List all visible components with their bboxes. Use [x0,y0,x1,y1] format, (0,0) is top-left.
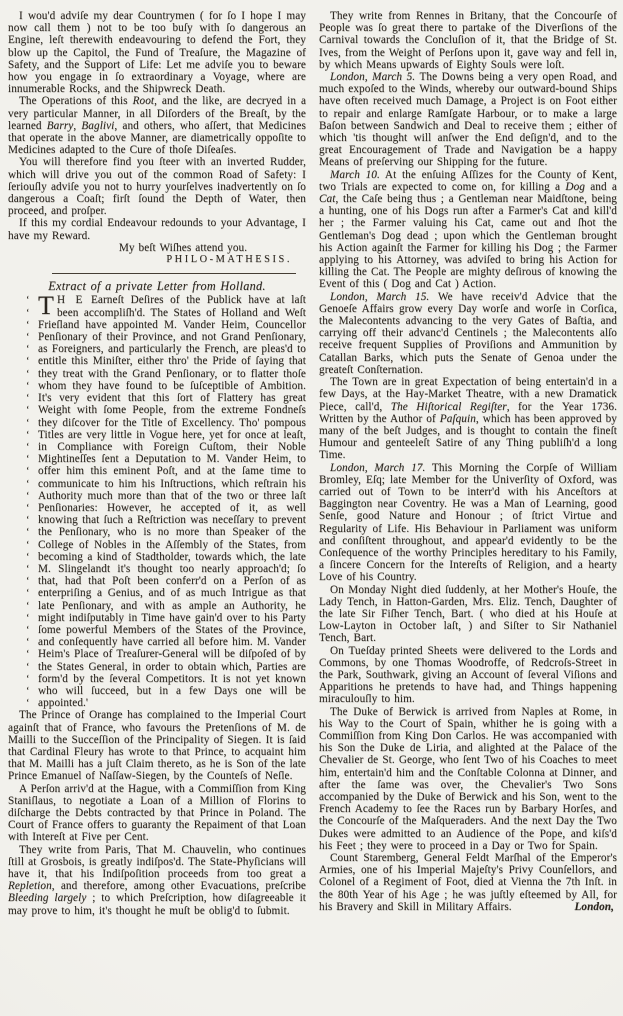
paragraph: The Operations of this Root, and the lik… [8,95,306,156]
signature: PHILO-MATHESIS. [8,254,306,266]
left-column: I wou'd adviſe my dear Countrymen ( for … [8,10,306,917]
paragraph: You will therefore find you ſteer with a… [8,156,306,217]
paragraph: The Town are in great Expectation of bei… [319,376,617,461]
lead-capitals: H E [57,294,84,306]
paragraph: The Prince of Orange has complained to t… [8,709,306,782]
valediction-line: My beſt Wiſhes attend you. [8,242,306,254]
paragraph: A Perſon arriv'd at the Hague, with a Co… [8,783,306,844]
paragraph: London, March 5. The Downs being a very … [319,71,617,169]
newspaper-page: I wou'd adviſe my dear Countrymen ( for … [0,0,623,1016]
drop-cap: T [38,294,57,316]
paragraph: They write from Rennes in Britany, that … [319,10,617,71]
paragraph: London, March 17. This Morning the Corpſ… [319,462,617,584]
two-column-layout: I wou'd adviſe my dear Countrymen ( for … [0,0,623,917]
right-column: They write from Rennes in Britany, that … [319,10,617,917]
paragraph: If this my cordial Endeavour redounds to… [8,217,306,241]
paragraph: March 10. At the enſuing Aſſizes for the… [319,169,617,291]
paragraph: London, March 15. We have receiv'd Advic… [319,291,617,376]
paragraph: I wou'd adviſe my dear Countrymen ( for … [8,10,306,95]
quoted-letter: ‘ ‘ ‘ ‘ ‘ ‘ ‘ ‘ ‘ ‘ ‘ ‘ ‘ ‘ ‘ ‘ ‘ ‘ ‘ ‘ … [38,294,306,709]
paragraph: On Monday Night died ſuddenly, at her Mo… [319,584,617,645]
section-rule [52,273,296,274]
paragraph: They write from Paris, That M. Chauvelin… [8,844,306,917]
quote-marks: ‘ ‘ ‘ ‘ ‘ ‘ ‘ ‘ ‘ ‘ ‘ ‘ ‘ ‘ ‘ ‘ ‘ ‘ ‘ ‘ … [26,295,37,709]
paragraph: On Tueſday printed Sheets were delivered… [319,645,617,706]
paragraph: The Duke of Berwick is arrived from Napl… [319,706,617,852]
